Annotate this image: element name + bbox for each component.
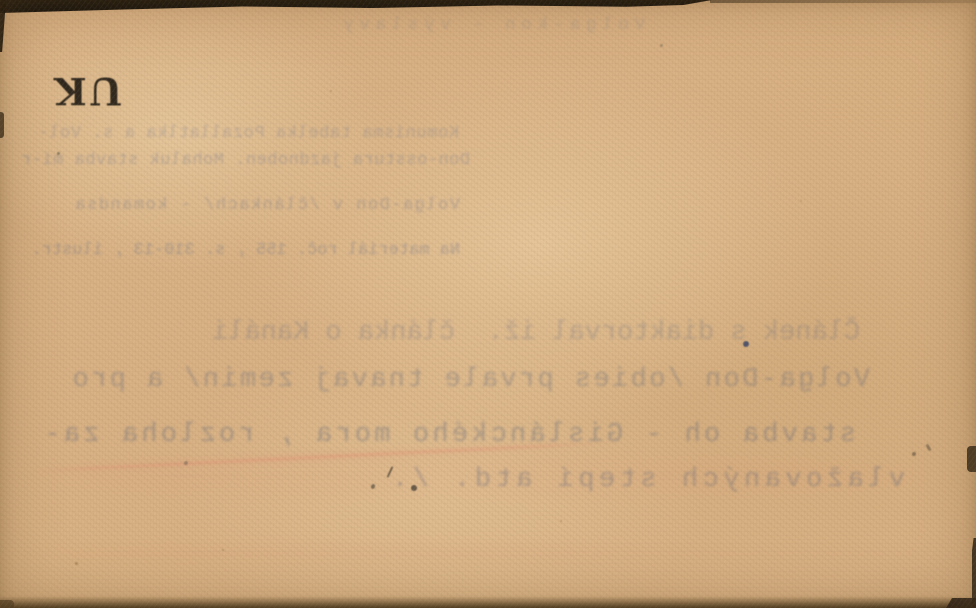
- ink-speck: [330, 90, 332, 92]
- showthrough-line: Komunisma tabelka Pozallatlka a s. Vol-: [35, 124, 459, 144]
- ink-speck: [75, 562, 78, 565]
- showthrough-line: Na materiál roč. 155 , s. 310-13 , ilust…: [35, 241, 460, 261]
- top-right-edge-shadow: [710, 0, 976, 3]
- ink-speck: [560, 520, 562, 522]
- right-edge-blotch: [967, 446, 976, 472]
- showthrough-line: Don-osstura jazdnoben. Mohaluk stavba mí…: [8, 151, 470, 171]
- paper-background: [0, 0, 976, 608]
- pink-streak: [0, 455, 976, 497]
- ink-speck: [184, 461, 188, 465]
- ink-speck: [912, 452, 916, 456]
- left-edge-nick: [0, 112, 4, 138]
- uk-stamp-upside-down: UK: [50, 70, 122, 110]
- ink-speck: [800, 200, 802, 202]
- ink-speck: [222, 549, 224, 551]
- ink-speck: [57, 152, 60, 155]
- ink-speck: [411, 485, 417, 491]
- ink-speck: [660, 44, 663, 47]
- showthrough-line: Volga-kon - výslavy: [330, 16, 645, 36]
- showthrough-line: Článek s diaktorval iž. článka o Kanáli: [205, 318, 860, 349]
- ink-speck: [743, 341, 749, 347]
- bottom-dark-strip: [0, 596, 976, 608]
- ink-speck: [150, 380, 152, 382]
- bottom-left-corner-dark: [0, 600, 14, 608]
- showthrough-line: Volga-Don v /článkach/ - komandsa .: [30, 196, 460, 216]
- showthrough-line: Volga-Don /obies prvale tnavaj zemin/ a …: [60, 365, 870, 396]
- pink-streak: [0, 540, 700, 564]
- scanned-card: UK Volga-kon - výslavyKomunisma tabelka …: [0, 0, 976, 608]
